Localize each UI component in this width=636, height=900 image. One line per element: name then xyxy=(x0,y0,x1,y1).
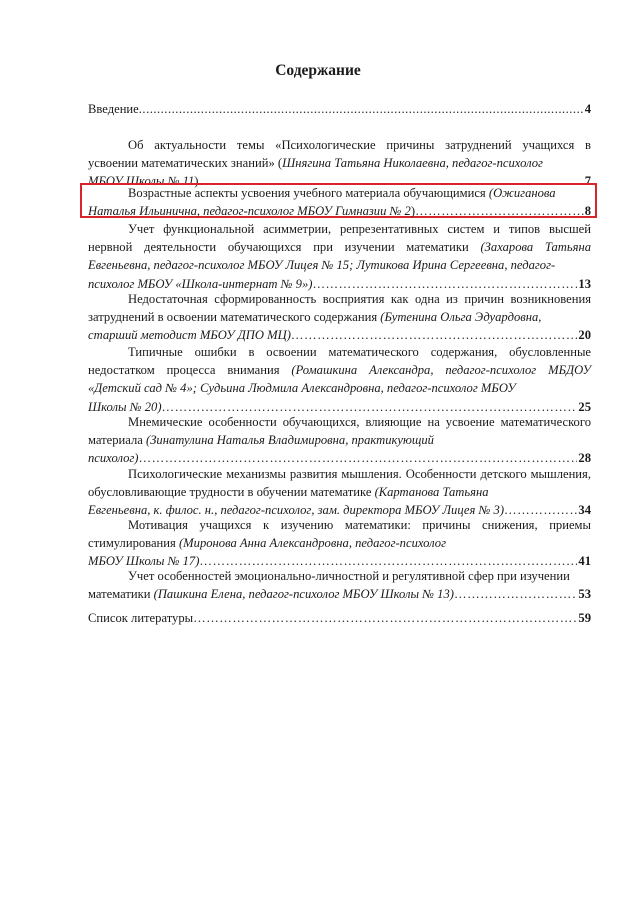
leader-dots xyxy=(291,326,578,344)
entry-author: Шнягина Татьяна Николаевна, педагог-псих… xyxy=(282,156,543,170)
toc-entry[interactable]: Учет особенностей эмоционально-личностно… xyxy=(88,567,591,603)
leader-dots xyxy=(415,202,584,220)
toc-entry[interactable]: Мотивация учащихся к изучению математики… xyxy=(88,516,591,571)
toc-entry-highlighted[interactable]: Возрастные аспекты усвоения учебного мат… xyxy=(88,184,591,220)
entry-author-cont: Наталья Ильинична, педагог-психолог МБОУ… xyxy=(88,204,411,218)
page-number: 53 xyxy=(577,585,591,603)
entry-author-cont: старший методист МБОУ ДПО МЦ) xyxy=(88,326,291,344)
entry-author: (Картанова Татьяна xyxy=(375,485,489,499)
toc-entry[interactable]: Типичные ошибки в освоении математическо… xyxy=(88,343,591,416)
entry-author: (Ожиганова xyxy=(489,186,556,200)
entry-title: Психологические механизмы развития мышле… xyxy=(88,467,591,499)
page-title: Содержание xyxy=(0,62,636,80)
toc-entry[interactable]: Мнемические особенности обучающихся, вли… xyxy=(88,413,591,468)
toc-entry[interactable]: Учет функциональной асимметрии, репрезен… xyxy=(88,220,591,293)
entry-title: Список литературы xyxy=(88,609,193,627)
page-number: 4 xyxy=(584,100,591,118)
leader-dots xyxy=(193,609,577,627)
entry-author: (Миронова Анна Александровна, педагог-пс… xyxy=(179,536,446,550)
entry-author: (Пашкина Елена, педагог-психолог МБОУ Шк… xyxy=(154,587,454,601)
entry-title: Возрастные аспекты усвоения учебного мат… xyxy=(128,186,489,200)
leader-dots xyxy=(139,100,584,118)
page-number: 59 xyxy=(577,609,591,627)
toc-entry[interactable]: Психологические механизмы развития мышле… xyxy=(88,465,591,520)
leader-dots xyxy=(454,585,577,603)
page-number: 8 xyxy=(584,202,591,220)
page-number: 20 xyxy=(577,326,591,344)
entry-title: Введение xyxy=(88,100,139,118)
document-page: Содержание Введение 4 Об актуальности те… xyxy=(0,0,636,900)
entry-title-cont: математики xyxy=(88,587,154,601)
entry-author: (Зинатулина Наталья Владимировна, практи… xyxy=(146,433,434,447)
toc-entry-references[interactable]: Список литературы 59 xyxy=(88,609,591,627)
entry-author: (Бутенина Ольга Эдуардовна, xyxy=(380,310,541,324)
toc-entry[interactable]: Недостаточная сформированность восприяти… xyxy=(88,290,591,345)
toc-entry-introduction[interactable]: Введение 4 xyxy=(88,100,591,118)
entry-title: Учет особенностей эмоционально-личностно… xyxy=(128,569,570,583)
